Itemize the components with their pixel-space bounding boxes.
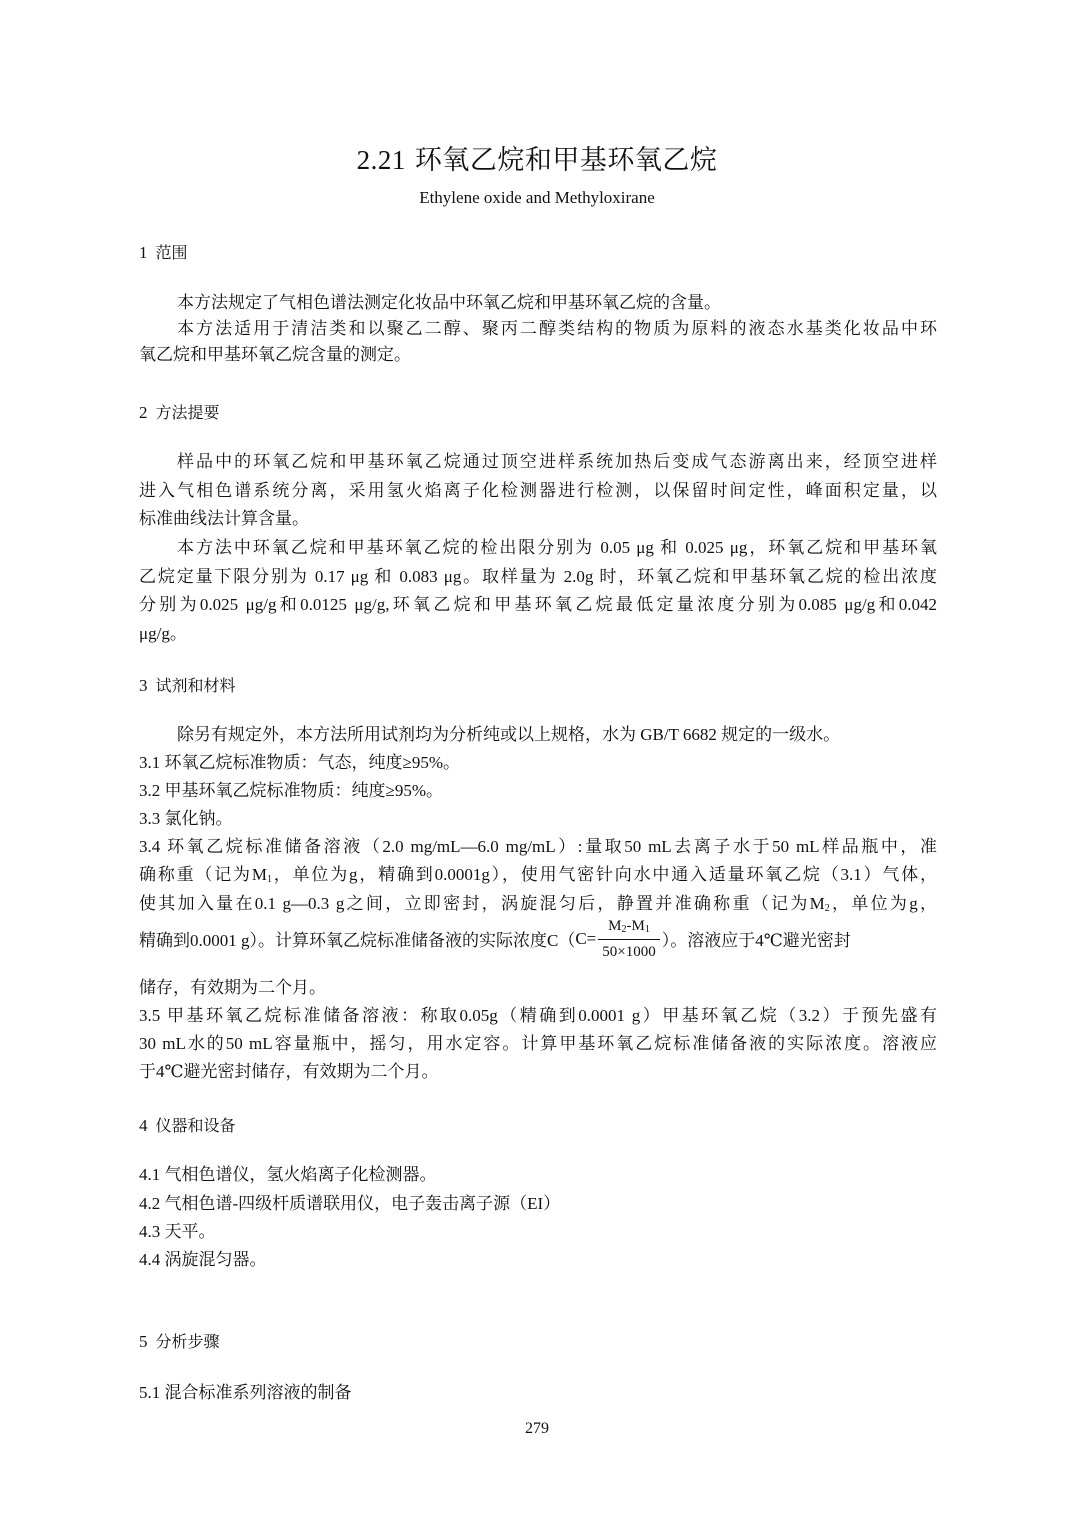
list-item-3-5-line: 3.5 甲基环氧乙烷标准储备溶液：称取0.05g（精确到0.0001 g）甲基环…	[139, 1003, 937, 1029]
paragraph-line: 样品中的环氧乙烷和甲基环氧乙烷通过顶空进样系统加热后变成气态游离出来，经顶空进样	[177, 449, 937, 475]
text: -M	[627, 918, 645, 934]
text: 确称重（记为M	[139, 865, 267, 884]
formula-numerator: M2-M1	[598, 917, 659, 940]
list-item-4-2: 4.2 气相色谱-四级杆质谱联用仪，电子轰击离子源（EI）	[139, 1191, 560, 1217]
section-title: 试剂和材料	[156, 676, 236, 695]
list-item-3-4-line: 使其加入量在0.1 g—0.3 g之间，立即密封，涡旋混匀后，静置并准确称重（记…	[139, 891, 937, 922]
text: 使其加入量在0.1 g—0.3 g之间，立即密封，涡旋混匀后，静置并准确称重（记…	[139, 894, 825, 913]
section-heading-method-summary: 2方法提要	[139, 400, 220, 423]
formula-denominator: 50×1000	[598, 940, 659, 961]
list-item-3-2: 3.2 甲基环氧乙烷标准物质：纯度≥95%。	[139, 778, 443, 804]
subscript: 1	[645, 924, 650, 935]
section-number: 2	[139, 403, 148, 422]
section-title: 范围	[156, 243, 188, 262]
section-number: 5	[139, 1332, 148, 1351]
page-number: 279	[0, 1420, 1074, 1438]
paragraph-line: 本方法适用于清洁类和以聚乙二醇、聚丙二醇类结构的物质为原料的液态水基类化妆品中环	[177, 316, 937, 342]
list-item-3-4-line: 储存，有效期为二个月。	[139, 975, 326, 1001]
section-heading-reagents: 3试剂和材料	[139, 673, 236, 696]
concentration-formula: C= M2-M1 50×1000	[575, 917, 661, 961]
list-item-3-3: 3.3 氯化钠。	[139, 806, 233, 832]
section-heading-instruments: 4仪器和设备	[139, 1113, 236, 1136]
section-number: 3	[139, 676, 148, 695]
section-number: 4	[139, 1116, 148, 1135]
page-title: 2.21环氧乙烷和甲基环氧乙烷	[0, 138, 1074, 177]
text: ，单位为g，	[830, 894, 937, 913]
page-subtitle: Ethylene oxide and Methyloxirane	[0, 188, 1074, 208]
section-heading-scope: 1范围	[139, 240, 188, 263]
list-item-3-5-line: 30 mL水的50 mL容量瓶中，摇匀，用水定容。计算甲基环氧乙烷标准储备液的实…	[139, 1031, 937, 1057]
document-page: 2.21环氧乙烷和甲基环氧乙烷 Ethylene oxide and Methy…	[0, 0, 1074, 1520]
text: ，单位为g，精确到0.0001g），使用气密针向水中通入适量环氧乙烷（3.1）气…	[272, 865, 937, 884]
text: 精确到0.0001 g）。计算环氧乙烷标准储备液的实际浓度C（	[139, 931, 575, 950]
list-item-4-1: 4.1 气相色谱仪，氢火焰离子化检测器。	[139, 1162, 437, 1188]
list-item-3-5-line: 于4℃避光密封储存，有效期为二个月。	[139, 1059, 439, 1085]
paragraph-line: 本方法中环氧乙烷和甲基环氧乙烷的检出限分别为 0.05 μg 和 0.025 μ…	[177, 535, 937, 561]
paragraph-line: 分别为0.025 μg/g和0.0125 μg/g,环氧乙烷和甲基环氧乙烷最低定…	[139, 592, 937, 618]
text: ）。溶液应于4℃避光密封	[662, 931, 851, 950]
formula-fraction: M2-M1 50×1000	[598, 917, 659, 961]
paragraph-line: 标准曲线法计算含量。	[139, 506, 309, 532]
subsection-heading-5-1: 5.1 混合标准系列溶液的制备	[139, 1380, 352, 1406]
paragraph-line: 乙烷定量下限分别为 0.17 μg 和 0.083 μg。取样量为 2.0g 时…	[139, 564, 937, 590]
list-item-3-4-line: 3.4 环氧乙烷标准储备溶液（2.0 mg/mL—6.0 mg/mL）:量取50…	[139, 834, 937, 860]
list-item-4-3: 4.3 天平。	[139, 1219, 216, 1245]
title-number: 2.21	[357, 145, 406, 175]
paragraph: 除另有规定外，本方法所用试剂均为分析纯或以上规格，水为 GB/T 6682 规定…	[177, 722, 840, 748]
section-title: 方法提要	[156, 403, 220, 422]
section-title: 分析步骤	[156, 1332, 220, 1351]
title-text: 环氧乙烷和甲基环氧乙烷	[415, 145, 718, 176]
list-item-4-4: 4.4 涡旋混匀器。	[139, 1247, 267, 1273]
list-item-3-4-line: 确称重（记为M1，单位为g，精确到0.0001g），使用气密针向水中通入适量环氧…	[139, 862, 937, 893]
paragraph: 本方法规定了气相色谱法测定化妆品中环氧乙烷和甲基环氧乙烷的含量。	[177, 290, 721, 316]
paragraph-line: 进入气相色谱系统分离，采用氢火焰离子化检测器进行检测，以保留时间定性，峰面积定量…	[139, 478, 937, 504]
formula-lhs: C=	[575, 929, 596, 948]
list-item-3-4-line: 精确到0.0001 g）。计算环氧乙烷标准储备液的实际浓度C（ C= M2-M1…	[139, 923, 851, 961]
section-number: 1	[139, 243, 148, 262]
section-title: 仪器和设备	[156, 1116, 236, 1135]
paragraph-line: 氧乙烷和甲基环氧乙烷含量的测定。	[139, 342, 411, 368]
section-heading-procedure: 5分析步骤	[139, 1329, 220, 1352]
text: M	[608, 918, 621, 934]
list-item-3-1: 3.1 环氧乙烷标准物质：气态，纯度≥95%。	[139, 750, 460, 776]
paragraph-line: μg/g。	[139, 621, 187, 647]
